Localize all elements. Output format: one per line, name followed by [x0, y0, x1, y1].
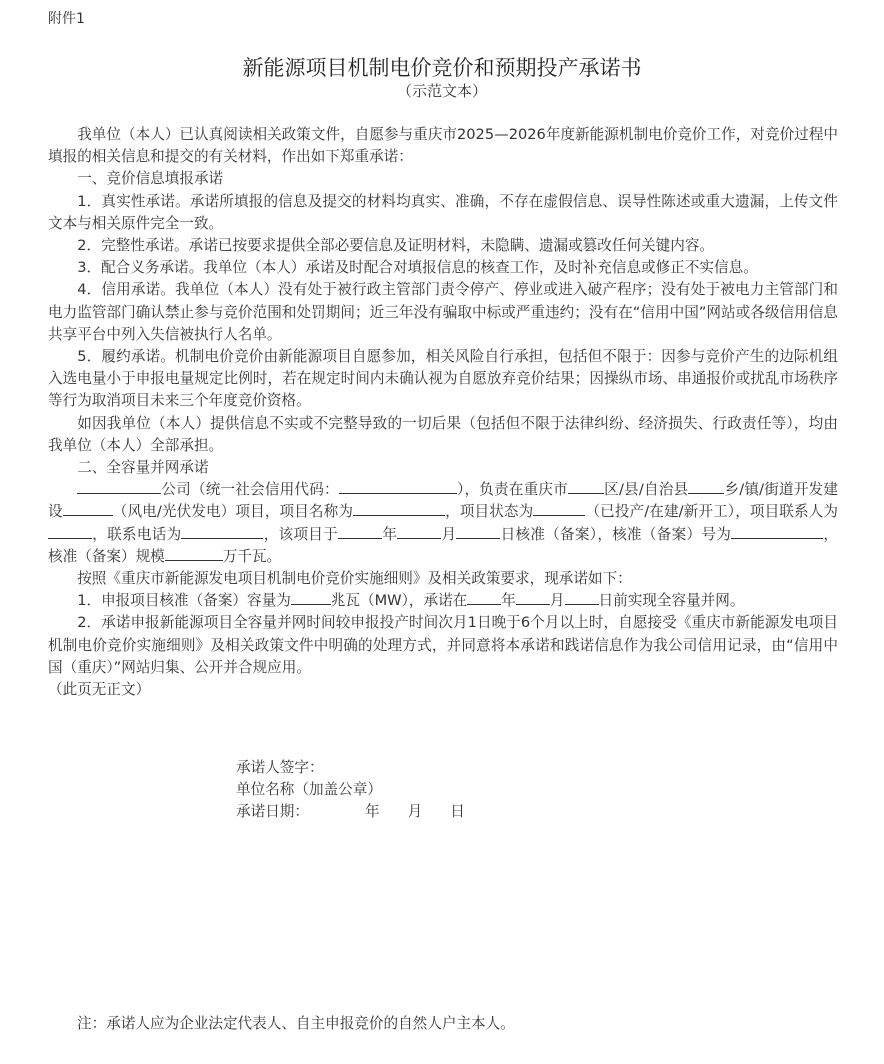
approval-year-blank[interactable] — [338, 524, 382, 539]
approval-month-blank[interactable] — [397, 524, 441, 539]
company-name-blank[interactable] — [77, 479, 161, 494]
grid-day-blank[interactable] — [565, 590, 599, 605]
section2-heading: 二、全容量并网承诺 — [48, 457, 838, 479]
section2-item-1: 1．申报项目核准（备案）容量为兆瓦（MW），承诺在年月日前实现全容量并网。 — [48, 590, 838, 612]
contact-phone-blank[interactable] — [181, 524, 263, 539]
approval-number-blank[interactable] — [731, 524, 823, 539]
contact-person-blank[interactable] — [48, 524, 92, 539]
approval-scale-blank[interactable] — [165, 546, 223, 561]
project-name-blank[interactable] — [353, 501, 445, 516]
liability-paragraph: 如因我单位（本人）提供信息不实或不完整导致的一切后果（包括但不限于法律纠纷、经济… — [48, 413, 838, 457]
no-text-note: （此页无正文） — [48, 679, 838, 701]
basis-paragraph: 按照《重庆市新能源发电项目机制电价竞价实施细则》及相关政策要求，现承诺如下： — [48, 568, 838, 590]
district-blank[interactable] — [568, 479, 604, 494]
section1-item-2: 2．完整性承诺。承诺已按要求提供全部必要信息及证明材料，未隐瞒、遗漏或篡改任何关… — [48, 235, 838, 257]
section1-item-4: 4．信用承诺。我单位（本人）没有处于被行政主管部门责令停产、停业或进入破产程序；… — [48, 279, 838, 346]
grid-month-blank[interactable] — [516, 590, 550, 605]
intro-paragraph: 我单位（本人）已认真阅读相关政策文件，自愿参与重庆市2025—2026年度新能源… — [48, 124, 838, 168]
approval-day-blank[interactable] — [456, 524, 500, 539]
footnote: 注：承诺人应为企业法定代表人、自主申报竞价的自然人户主本人。 — [77, 1012, 515, 1033]
capacity-blank[interactable] — [291, 590, 331, 605]
grid-year-blank[interactable] — [467, 590, 501, 605]
project-fill-paragraph: 公司（统一社会信用代码：），负责在重庆市区/县/自治县乡/镇/街道开发建设（风电… — [48, 479, 838, 568]
project-type-blank[interactable] — [63, 501, 113, 516]
town-blank[interactable] — [688, 479, 724, 494]
credit-code-blank[interactable] — [339, 479, 457, 494]
project-status-blank[interactable] — [533, 501, 585, 516]
commit-date-row: 承诺日期：年月日 — [236, 801, 465, 823]
document-title: 新能源项目机制电价竞价和预期投产承诺书 — [0, 52, 884, 82]
attachment-label: 附件1 — [48, 8, 85, 28]
document-subtitle: （示范文本） — [0, 80, 884, 101]
section1-item-3: 3．配合义务承诺。我单位（本人）承诺及时配合对填报信息的核查工作，及时补充信息或… — [48, 257, 838, 279]
section1-heading: 一、竞价信息填报承诺 — [48, 168, 838, 190]
signer-label: 承诺人签字： — [236, 757, 465, 779]
unit-name-label: 单位名称（加盖公章） — [236, 779, 465, 801]
document-body: 我单位（本人）已认真阅读相关政策文件，自愿参与重庆市2025—2026年度新能源… — [48, 124, 838, 701]
section2-item-2: 2．承诺申报新能源项目全容量并网时间较申报投产时间次月1日晚于6个月以上时，自愿… — [48, 612, 838, 679]
section1-item-5: 5．履约承诺。机制电价竞价由新能源项目自愿参加，相关风险自行承担，包括但不限于：… — [48, 346, 838, 413]
section1-item-1: 1．真实性承诺。承诺所填报的信息及提交的材料均真实、准确，不存在虚假信息、误导性… — [48, 191, 838, 235]
signature-block: 承诺人签字： 单位名称（加盖公章） 承诺日期：年月日 — [236, 757, 465, 823]
